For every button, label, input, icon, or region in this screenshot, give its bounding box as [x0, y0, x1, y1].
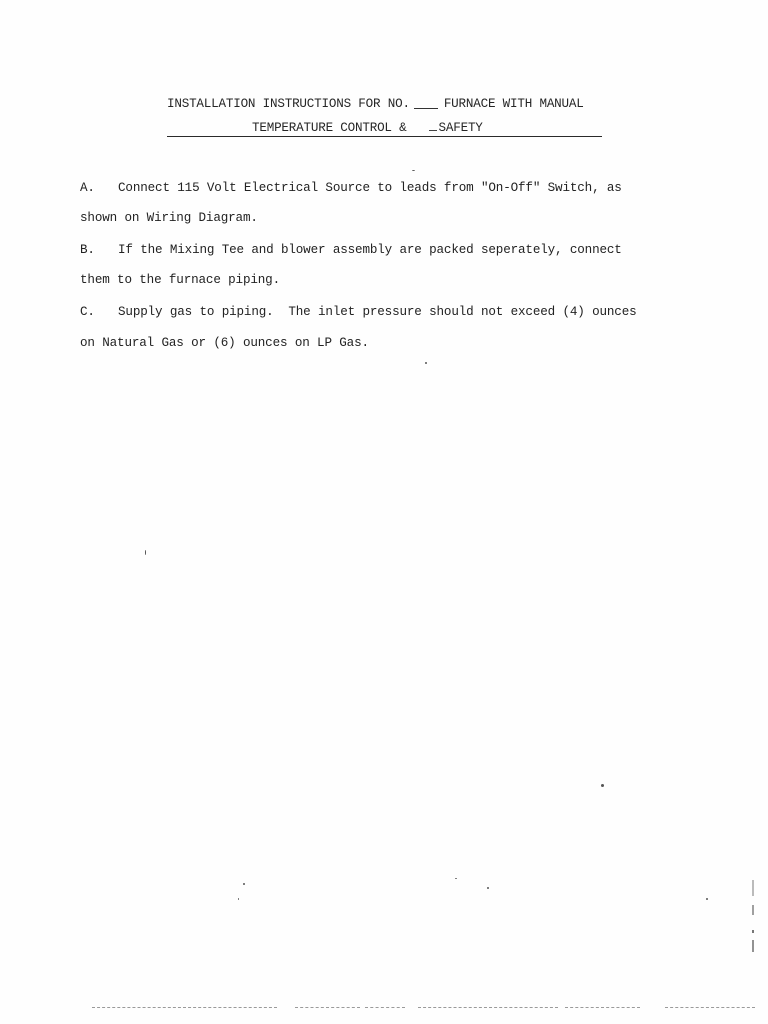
- scan-speck: [487, 887, 489, 889]
- instruction-a-text-1: Connect 115 Volt Electrical Source to le…: [118, 181, 622, 195]
- instruction-a-label: A.: [80, 181, 118, 195]
- scan-speck: [238, 898, 239, 900]
- scan-line-artifact: [565, 1007, 640, 1009]
- scan-line-artifact: [418, 1007, 558, 1009]
- instruction-b-text-1: If the Mixing Tee and blower assembly ar…: [118, 243, 622, 257]
- safety-type-blank: [429, 120, 437, 131]
- scan-speck: [601, 784, 604, 787]
- model-number-blank: [414, 96, 438, 109]
- scan-line-artifact: [295, 1007, 360, 1009]
- margin-mark: [752, 880, 754, 896]
- instruction-b-line-2: them to the furnace piping.: [80, 273, 280, 287]
- instruction-c-line-1: C.Supply gas to piping. The inlet pressu…: [80, 305, 637, 319]
- instruction-a-line-2: shown on Wiring Diagram.: [80, 211, 258, 225]
- margin-mark: [752, 930, 754, 933]
- document-title-line-1: INSTALLATION INSTRUCTIONS FOR NO.FURNACE…: [167, 96, 584, 111]
- title-text-part-2: FURNACE WITH MANUAL: [444, 97, 584, 111]
- instruction-b-label: B.: [80, 243, 118, 257]
- instruction-c-label: C.: [80, 305, 118, 319]
- instruction-b-line-1: B.If the Mixing Tee and blower assembly …: [80, 243, 622, 257]
- scan-speck: [425, 362, 427, 364]
- instruction-c-text-1: Supply gas to piping. The inlet pressure…: [118, 305, 637, 319]
- scan-line-artifact: [365, 1007, 405, 1009]
- title-text-part-3: TEMPERATURE CONTROL &: [252, 121, 407, 135]
- scan-speck: [455, 878, 457, 879]
- margin-mark: [752, 940, 754, 952]
- scan-speck: [706, 898, 708, 900]
- title-text-part-4: SAFETY: [439, 121, 483, 135]
- scan-line-artifact: [92, 1007, 277, 1009]
- scan-speck: [412, 170, 415, 171]
- scan-speck: [243, 883, 245, 885]
- title-text-part-1: INSTALLATION INSTRUCTIONS FOR NO.: [167, 97, 410, 111]
- title-underline: [167, 136, 602, 137]
- instruction-a-line-1: A.Connect 115 Volt Electrical Source to …: [80, 181, 622, 195]
- instruction-c-line-2: on Natural Gas or (6) ounces on LP Gas.: [80, 336, 369, 350]
- scan-line-artifact: [665, 1007, 755, 1009]
- margin-mark: [752, 905, 754, 915]
- document-title-line-2: TEMPERATURE CONTROL &SAFETY: [252, 120, 483, 135]
- document-page: INSTALLATION INSTRUCTIONS FOR NO.FURNACE…: [0, 0, 768, 1024]
- scan-speck: [145, 550, 146, 555]
